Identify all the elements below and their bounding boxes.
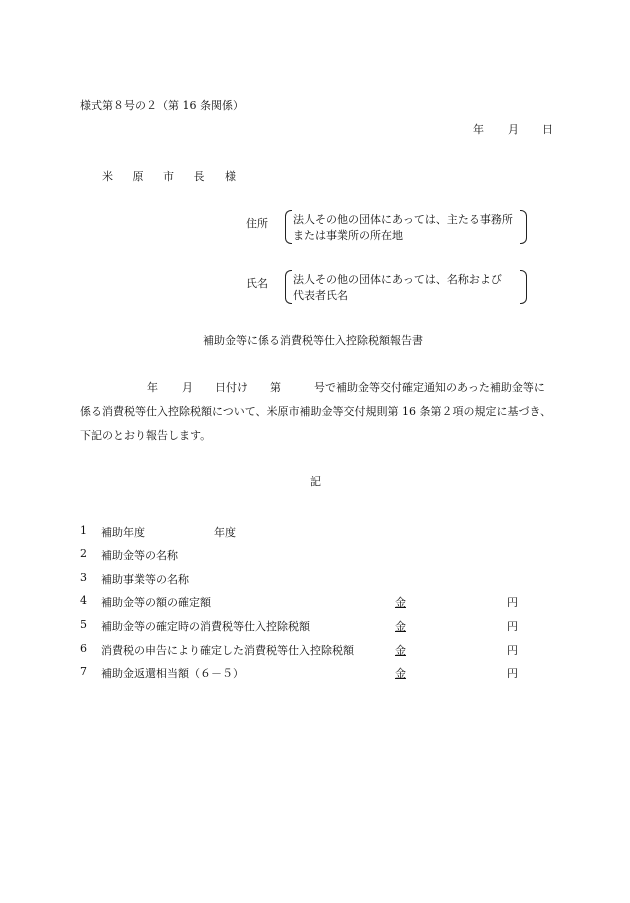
item-label: 消費税の申告により確定した消費税等仕入控除税額 — [101, 642, 354, 658]
name-label: 氏名 — [246, 278, 268, 289]
body-year: 年 — [147, 382, 158, 393]
body-line3: 下記のとおり報告します。 — [80, 430, 211, 441]
left-bracket-icon — [285, 270, 292, 304]
address-note-line2: または事業所の所在地 — [293, 228, 513, 244]
address-label: 住所 — [246, 218, 268, 229]
name-note: 法人その他の団体にあっては、名称および 代表者氏名 — [293, 272, 502, 304]
address-note: 法人その他の団体にあっては、主たる事務所 または事業所の所在地 — [293, 212, 513, 244]
list-item: 2 補助金等の名称 — [80, 547, 550, 561]
list-item: 4 補助金等の額の確定額 金 円 — [80, 594, 550, 608]
body-line2: 係る消費税等仕入控除税額について、米原市補助金等交付規則第 16 条第２項の規定… — [80, 406, 551, 417]
ki-heading: 記 — [310, 476, 321, 487]
address-note-line1: 法人その他の団体にあっては、主たる事務所 — [293, 212, 513, 228]
body-dai: 第 — [270, 382, 281, 393]
body-day: 日付け — [215, 382, 248, 393]
item-label: 補助年度 — [101, 524, 145, 540]
body-month: 月 — [182, 382, 193, 393]
item-number: 5 — [80, 618, 87, 631]
address-note-bracket: 法人その他の団体にあっては、主たる事務所 または事業所の所在地 — [285, 210, 527, 244]
item-en: 円 — [507, 618, 518, 634]
item-number: 3 — [80, 571, 87, 584]
item-suffix: 年度 — [214, 524, 236, 540]
date-year-label: 年 — [473, 124, 484, 135]
item-label: 補助金等の額の確定額 — [101, 594, 211, 610]
item-label: 補助金等の名称 — [101, 547, 178, 563]
item-en: 円 — [507, 665, 518, 681]
item-label: 補助金返還相当額（６－５） — [101, 665, 244, 681]
item-en: 円 — [507, 594, 518, 610]
form-number: 様式第８号の２（第 16 条関係） — [80, 100, 244, 111]
list-item: 5 補助金等の確定時の消費税等仕入控除税額 金 円 — [80, 618, 550, 632]
item-label: 補助事業等の名称 — [101, 571, 189, 587]
item-kin: 金 — [395, 618, 406, 634]
list-item: 7 補助金返還相当額（６－５） 金 円 — [80, 665, 550, 679]
right-bracket-icon — [520, 210, 527, 244]
body-line1-rest: 号で補助金等交付確定通知のあった補助金等に — [314, 382, 545, 393]
item-number: 6 — [80, 642, 87, 655]
document-title: 補助金等に係る消費税等仕入控除税額報告書 — [203, 335, 423, 346]
left-bracket-icon — [285, 210, 292, 244]
item-kin: 金 — [395, 594, 406, 610]
addressee-name: 米 原 市 長 — [102, 171, 213, 182]
item-kin: 金 — [395, 642, 406, 658]
item-number: 4 — [80, 594, 87, 607]
item-number: 7 — [80, 665, 87, 678]
name-note-line1: 法人その他の団体にあっては、名称および — [293, 272, 502, 288]
item-en: 円 — [507, 642, 518, 658]
list-item: 1 補助年度 年度 — [80, 524, 550, 538]
name-note-bracket: 法人その他の団体にあっては、名称および 代表者氏名 — [285, 270, 527, 304]
addressee-honorific: 様 — [225, 171, 236, 182]
item-kin: 金 — [395, 665, 406, 681]
item-label: 補助金等の確定時の消費税等仕入控除税額 — [101, 618, 310, 634]
list-item: 6 消費税の申告により確定した消費税等仕入控除税額 金 円 — [80, 642, 550, 656]
right-bracket-icon — [520, 270, 527, 304]
name-note-line2: 代表者氏名 — [293, 288, 502, 304]
item-number: 2 — [80, 547, 87, 560]
date-day-label: 日 — [542, 124, 553, 135]
item-number: 1 — [80, 524, 87, 537]
date-month-label: 月 — [508, 124, 519, 135]
list-item: 3 補助事業等の名称 — [80, 571, 550, 585]
